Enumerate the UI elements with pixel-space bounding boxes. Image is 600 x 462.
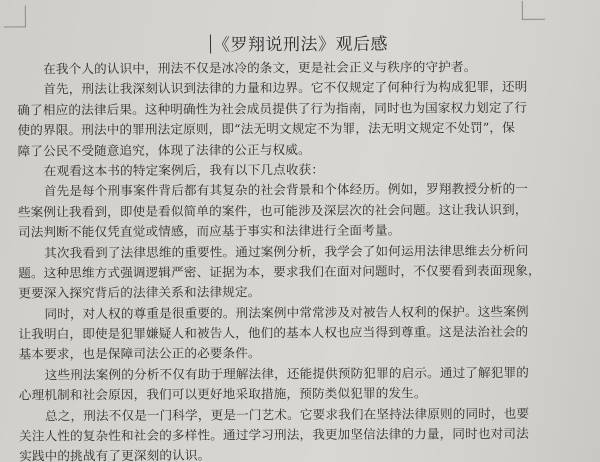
margin-corner-mark-top-right [522, 1, 545, 20]
margin-corner-mark-top-left [4, 5, 26, 27]
body-line: 首先，刑法让我深刻认识到法律的力量和边界。它不仅规定了何种行为构成犯罪，还明 [17, 77, 573, 100]
body-line: 障了公民不受随意追究，体现了法律的公正与权威。 [18, 138, 574, 161]
text-cursor [210, 34, 211, 53]
body-line: 其次我看到了法律思维的重要性。通过案例分析，我学会了如何运用法律思维去分析问 [18, 240, 574, 263]
body-line: 总之，刑法不仅是一门科学，更是一门艺术。它要求我们在坚持法律原则的同时，也要 [19, 403, 575, 426]
document-body[interactable]: 在我个人的认识中，刑法不仅是冰冷的条文，更是社会正义与秩序的守护者。 首先，刑法… [17, 57, 575, 462]
body-line: 让我明白，即使是犯罪嫌疑人和被告人，他们的基本人权也应当得到尊重。这是法治社会的 [18, 322, 574, 345]
body-line: 确了相应的法律后果。这种明确性为社会成员提供了行为指南，同时也为国家权力划定了行 [17, 97, 573, 120]
body-line: 同时，对人权的尊重是很重要的。刑法案例中常常涉及对被告人权利的保护。这些案例 [18, 301, 574, 324]
body-line: 实践中的挑战有了更深刻的认识。 [19, 444, 575, 462]
body-line: 更要深入探究背后的法律关系和法律规定。 [18, 281, 574, 304]
body-line: 首先是每个刑事案件背后都有其复杂的社会背景和个体经历。例如，罗翔教授分析的一 [18, 179, 574, 202]
body-line: 题。这种思维方式强调逻辑严密、证据为本，要求我们在面对问题时，不仅要看到表面现象… [18, 260, 574, 283]
body-line: 使的界限。刑法中的罪刑法定原则，即“法无明文规定不为罪，法无明文规定不处罚”，保 [17, 118, 573, 141]
body-line: 关注人性的复杂性和社会的多样性。通过学习刑法，我更加坚信法律的力量，同时也对司法 [19, 424, 575, 447]
body-line: 司法判断不能仅凭直觉或情感，而应基于事实和法律进行全面考量。 [18, 220, 574, 243]
title-area[interactable]: 《罗翔说刑法》观后感 [0, 28, 599, 56]
body-line: 在观看这本书的特定案例后，我有以下几点收获： [18, 159, 574, 182]
body-line: 心理机制和社会原因，我们可以更好地采取措施，预防类似犯罪的发生。 [19, 383, 575, 406]
body-line: 些案例让我看到，即使是看似简单的案件，也可能涉及深层次的社会问题。这让我认识到， [18, 199, 574, 222]
body-line: 在我个人的认识中，刑法不仅是冰冷的条文，更是社会正义与秩序的守护者。 [17, 57, 573, 80]
document-title: 《罗翔说刑法》观后感 [213, 35, 388, 56]
document-page: 《罗翔说刑法》观后感 在我个人的认识中，刑法不仅是冰冷的条文，更是社会正义与秩序… [0, 0, 600, 462]
body-line: 基本要求，也是保障司法公正的必要条件。 [19, 342, 575, 365]
body-line: 这些刑法案例的分析不仅有助于理解法律，还能提供预防犯罪的启示。通过了解犯罪的 [19, 362, 575, 385]
